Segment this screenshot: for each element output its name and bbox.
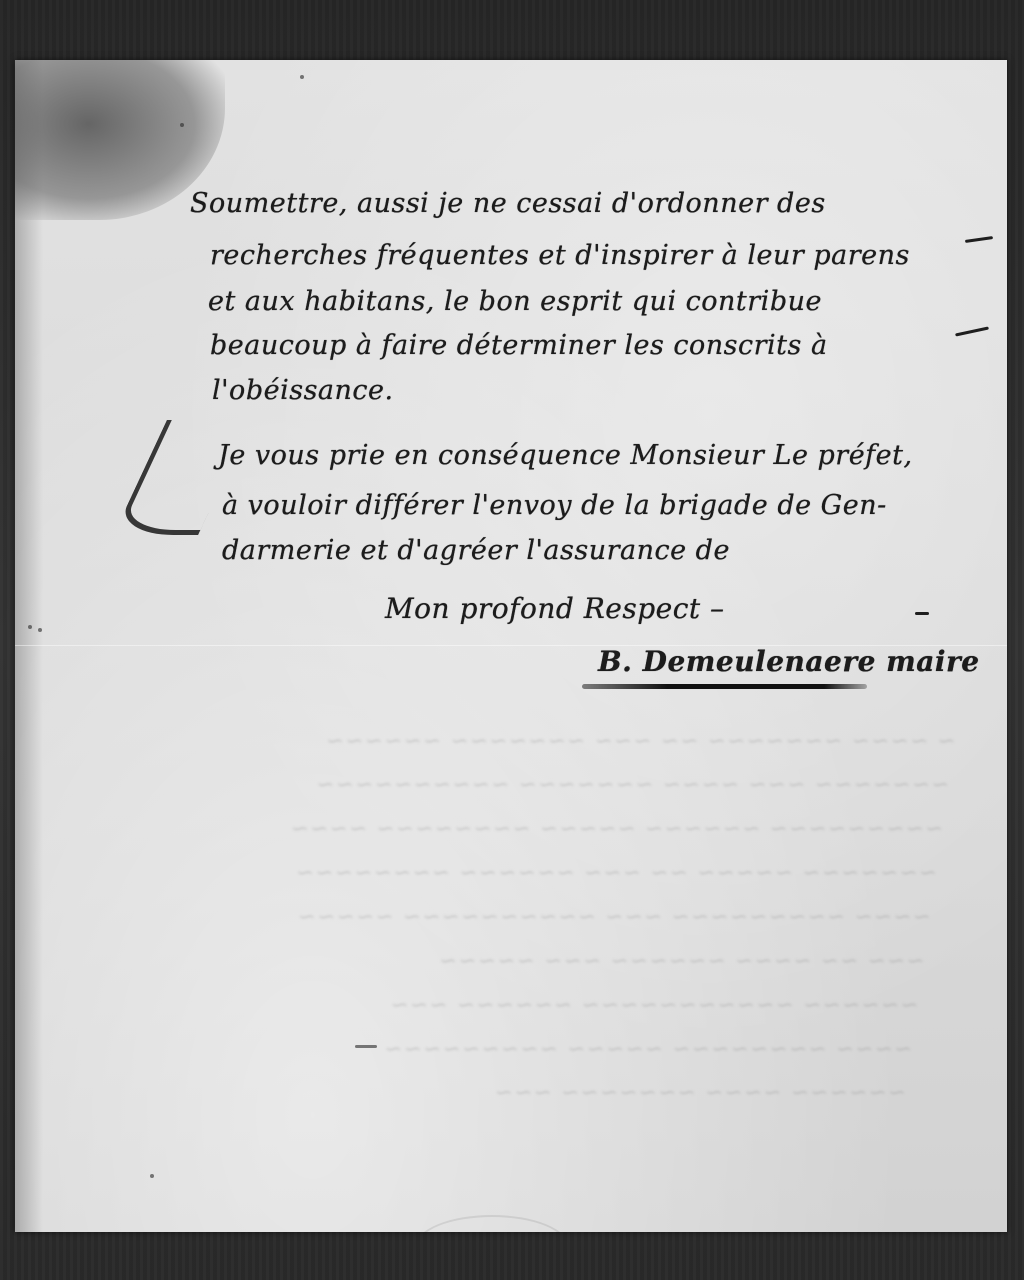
signature-underline — [582, 684, 867, 689]
letter-line-2: recherches fréquentes et d'inspirer à le… — [210, 240, 910, 271]
signature: B. Demeulenaere maire — [598, 645, 980, 678]
letter-line-6: Je vous prie en conséquence Monsieur Le … — [218, 440, 913, 471]
letter-line-4: beaucoup à faire déterminer les conscrit… — [210, 330, 828, 361]
edge-discoloration — [15, 60, 43, 1232]
letter-line-8: darmerie et d'agréer l'assurance de — [222, 535, 730, 566]
line-end-dash — [915, 612, 929, 615]
bleed-through-text: ~ ~~~~ ~~~~~~~ ~~ ~~~ ~~~~~~~ ~~~~~~ ~~~… — [71, 720, 958, 1200]
letter-closing: Mon profond Respect – — [385, 592, 725, 625]
letter-line-3: et aux habitans, le bon esprit qui contr… — [208, 286, 822, 317]
letter-line-5: l'obéissance. — [212, 375, 394, 406]
letter-line-1: Soumettre, aussi je ne cessai d'ordonner… — [190, 188, 826, 219]
letter-line-7: à vouloir différer l'envoy de la brigade… — [222, 490, 887, 521]
paper-mark — [415, 1215, 569, 1232]
